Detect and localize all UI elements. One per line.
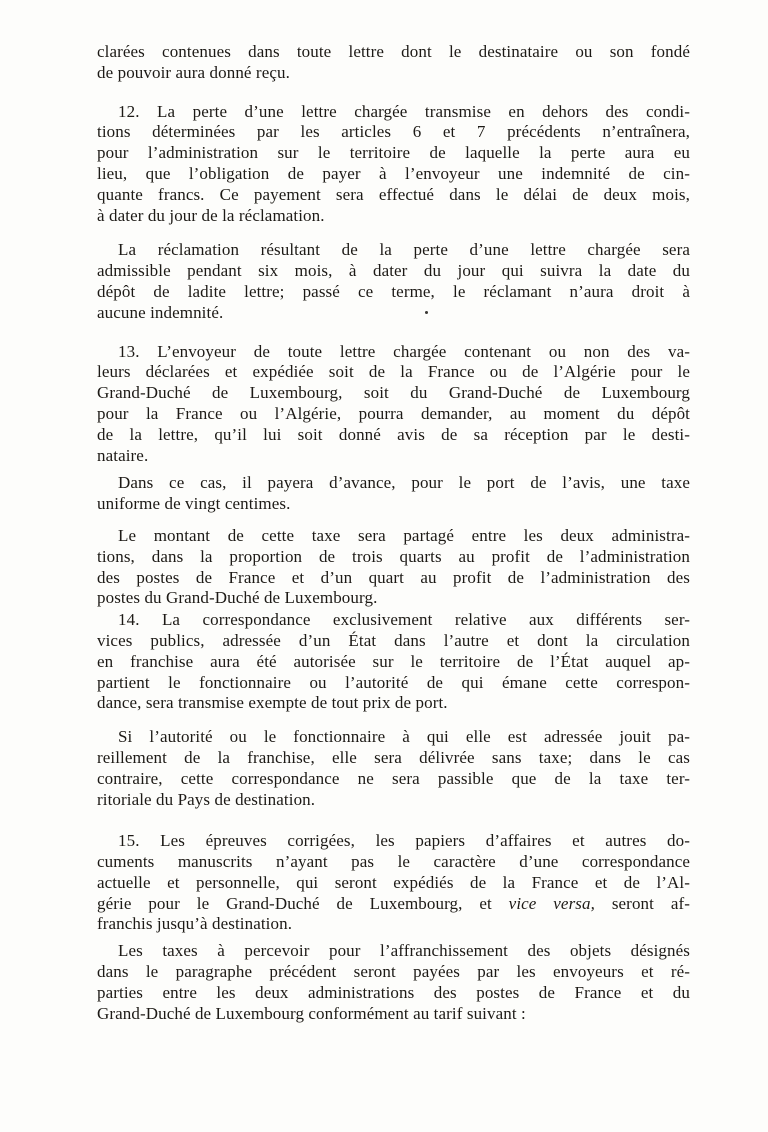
text-segment: de pouvoir aura donné reçu.: [97, 63, 290, 82]
text-segment: cuments manuscrits n’ayant pas le caract…: [97, 852, 690, 871]
page-text: clarées contenues dans toute lettre dont…: [97, 42, 690, 1024]
text-segment: aucune indemnité.: [97, 303, 223, 322]
text-segment: pour la France ou l’Algérie, pourra dema…: [97, 404, 690, 423]
paragraph: 15. Les épreuves corrigées, les papiers …: [97, 831, 690, 935]
text-segment: pour l’administration sur le territoire …: [97, 143, 690, 162]
text-line: quante francs. Ce payement sera effectué…: [97, 185, 690, 206]
italic-text: vice versa,: [509, 894, 595, 913]
text-segment: franchis jusqu’à destination.: [97, 914, 292, 933]
text-segment: postes du Grand-Duché de Luxembourg.: [97, 588, 377, 607]
text-segment: vices publics, adressée d’un État dans l…: [97, 631, 690, 650]
text-segment: admissible pendant six mois, à dater du …: [97, 261, 690, 280]
text-line: Si l’autorité ou le fonctionnaire à qui …: [97, 727, 690, 748]
text-segment: partient le fonctionnaire ou l’autorité …: [97, 673, 690, 692]
text-line: Grand-Duché de Luxembourg conformément a…: [97, 1004, 690, 1025]
text-line: lieu, que l’obligation de payer à l’envo…: [97, 164, 690, 185]
text-segment: Le montant de cette taxe sera partagé en…: [118, 526, 690, 545]
text-segment: tions déterminées par les articles 6 et …: [97, 122, 690, 141]
text-segment: en franchise aura été autorisée sur le t…: [97, 652, 690, 671]
text-line: ritoriale du Pays de destination.: [97, 790, 690, 811]
text-line: franchis jusqu’à destination.: [97, 914, 690, 935]
text-line: de pouvoir aura donné reçu.: [97, 63, 690, 84]
text-segment: dans le paragraphe précédent seront payé…: [97, 962, 690, 981]
text-segment: clarées contenues dans toute lettre dont…: [97, 42, 690, 61]
text-line: en franchise aura été autorisée sur le t…: [97, 652, 690, 673]
text-segment: actuelle et personnelle, qui seront expé…: [97, 873, 690, 892]
text-segment: quante francs. Ce payement sera effectué…: [97, 185, 690, 204]
text-line: vices publics, adressée d’un État dans l…: [97, 631, 690, 652]
text-line: nataire.: [97, 446, 690, 467]
text-segment: seront af-: [595, 894, 690, 913]
text-segment: des postes de France et d’un quart au pr…: [97, 568, 690, 587]
scanned-document-page: clarées contenues dans toute lettre dont…: [0, 0, 768, 1132]
text-line: reillement de la franchise, elle sera dé…: [97, 748, 690, 769]
text-segment: reillement de la franchise, elle sera dé…: [97, 748, 690, 767]
text-line: Les taxes à percevoir pour l’affranchiss…: [97, 941, 690, 962]
text-line: pour l’administration sur le territoire …: [97, 143, 690, 164]
text-line: dance, sera transmise exempte de tout pr…: [97, 693, 690, 714]
text-line: admissible pendant six mois, à dater du …: [97, 261, 690, 282]
text-line: postes du Grand-Duché de Luxembourg.: [97, 588, 690, 609]
paragraph: Si l’autorité ou le fonctionnaire à qui …: [97, 727, 690, 810]
text-line: 12. La perte d’une lettre chargée transm…: [97, 102, 690, 123]
text-line: à dater du jour de la réclamation.: [97, 206, 690, 227]
text-segment: de la lettre, qu’il lui soit donné avis …: [97, 425, 690, 444]
text-segment: Si l’autorité ou le fonctionnaire à qui …: [118, 727, 690, 746]
text-line: 14. La correspondance exclusivement rela…: [97, 610, 690, 631]
text-segment: parties entre les deux administrations d…: [97, 983, 690, 1002]
text-line: dépôt de ladite lettre; passé ce terme, …: [97, 282, 690, 303]
text-line: parties entre les deux administrations d…: [97, 983, 690, 1004]
text-segment: dance, sera transmise exempte de tout pr…: [97, 693, 448, 712]
text-line: Le montant de cette taxe sera partagé en…: [97, 526, 690, 547]
text-segment: contraire, cette correspondance ne sera …: [97, 769, 690, 788]
text-line: pour la France ou l’Algérie, pourra dema…: [97, 404, 690, 425]
paragraph: 12. La perte d’une lettre chargée transm…: [97, 102, 690, 227]
paragraph: 13. L’envoyeur de toute lettre chargée c…: [97, 342, 690, 467]
text-segment: à dater du jour de la réclamation.: [97, 206, 325, 225]
paragraph: clarées contenues dans toute lettre dont…: [97, 42, 690, 84]
text-line: 13. L’envoyeur de toute lettre chargée c…: [97, 342, 690, 363]
paragraph: La réclamation résultant de la perte d’u…: [97, 240, 690, 323]
text-segment: gérie pour le Grand-Duché de Luxembourg,…: [97, 894, 509, 913]
text-segment: leurs déclarées et expédiée soit de la F…: [97, 362, 690, 381]
text-line: contraire, cette correspondance ne sera …: [97, 769, 690, 790]
paragraph: Dans ce cas, il payera d’avance, pour le…: [97, 473, 690, 515]
text-line: partient le fonctionnaire ou l’autorité …: [97, 673, 690, 694]
text-line: uniforme de vingt centimes.: [97, 494, 690, 515]
text-line: des postes de France et d’un quart au pr…: [97, 568, 690, 589]
text-segment: 12. La perte d’une lettre chargée transm…: [118, 102, 690, 121]
text-segment: 15. Les épreuves corrigées, les papiers …: [118, 831, 690, 850]
text-line: aucune indemnité.: [97, 303, 690, 324]
text-line: leurs déclarées et expédiée soit de la F…: [97, 362, 690, 383]
text-segment: Les taxes à percevoir pour l’affranchiss…: [118, 941, 690, 960]
text-segment: uniforme de vingt centimes.: [97, 494, 290, 513]
text-segment: tions, dans la proportion de trois quart…: [97, 547, 690, 566]
text-line: La réclamation résultant de la perte d’u…: [97, 240, 690, 261]
text-line: Dans ce cas, il payera d’avance, pour le…: [97, 473, 690, 494]
text-line: de la lettre, qu’il lui soit donné avis …: [97, 425, 690, 446]
text-segment: nataire.: [97, 446, 148, 465]
text-segment: Grand-Duché de Luxembourg conformément a…: [97, 1004, 526, 1023]
text-line: clarées contenues dans toute lettre dont…: [97, 42, 690, 63]
text-line: Grand-Duché de Luxembourg, soit du Grand…: [97, 383, 690, 404]
text-segment: Dans ce cas, il payera d’avance, pour le…: [118, 473, 690, 492]
text-line: cuments manuscrits n’ayant pas le caract…: [97, 852, 690, 873]
text-line: dans le paragraphe précédent seront payé…: [97, 962, 690, 983]
scan-artifact-dot: [425, 311, 428, 314]
text-line: 15. Les épreuves corrigées, les papiers …: [97, 831, 690, 852]
paragraph: Le montant de cette taxe sera partagé en…: [97, 526, 690, 609]
text-line: gérie pour le Grand-Duché de Luxembourg,…: [97, 894, 690, 915]
text-segment: Grand-Duché de Luxembourg, soit du Grand…: [97, 383, 690, 402]
paragraph: 14. La correspondance exclusivement rela…: [97, 610, 690, 714]
text-segment: 14. La correspondance exclusivement rela…: [118, 610, 690, 629]
text-line: tions, dans la proportion de trois quart…: [97, 547, 690, 568]
text-line: actuelle et personnelle, qui seront expé…: [97, 873, 690, 894]
text-segment: lieu, que l’obligation de payer à l’envo…: [97, 164, 690, 183]
text-segment: 13. L’envoyeur de toute lettre chargée c…: [118, 342, 690, 361]
text-line: tions déterminées par les articles 6 et …: [97, 122, 690, 143]
text-segment: ritoriale du Pays de destination.: [97, 790, 315, 809]
paragraph: Les taxes à percevoir pour l’affranchiss…: [97, 941, 690, 1024]
text-segment: La réclamation résultant de la perte d’u…: [118, 240, 690, 259]
text-segment: dépôt de ladite lettre; passé ce terme, …: [97, 282, 690, 301]
